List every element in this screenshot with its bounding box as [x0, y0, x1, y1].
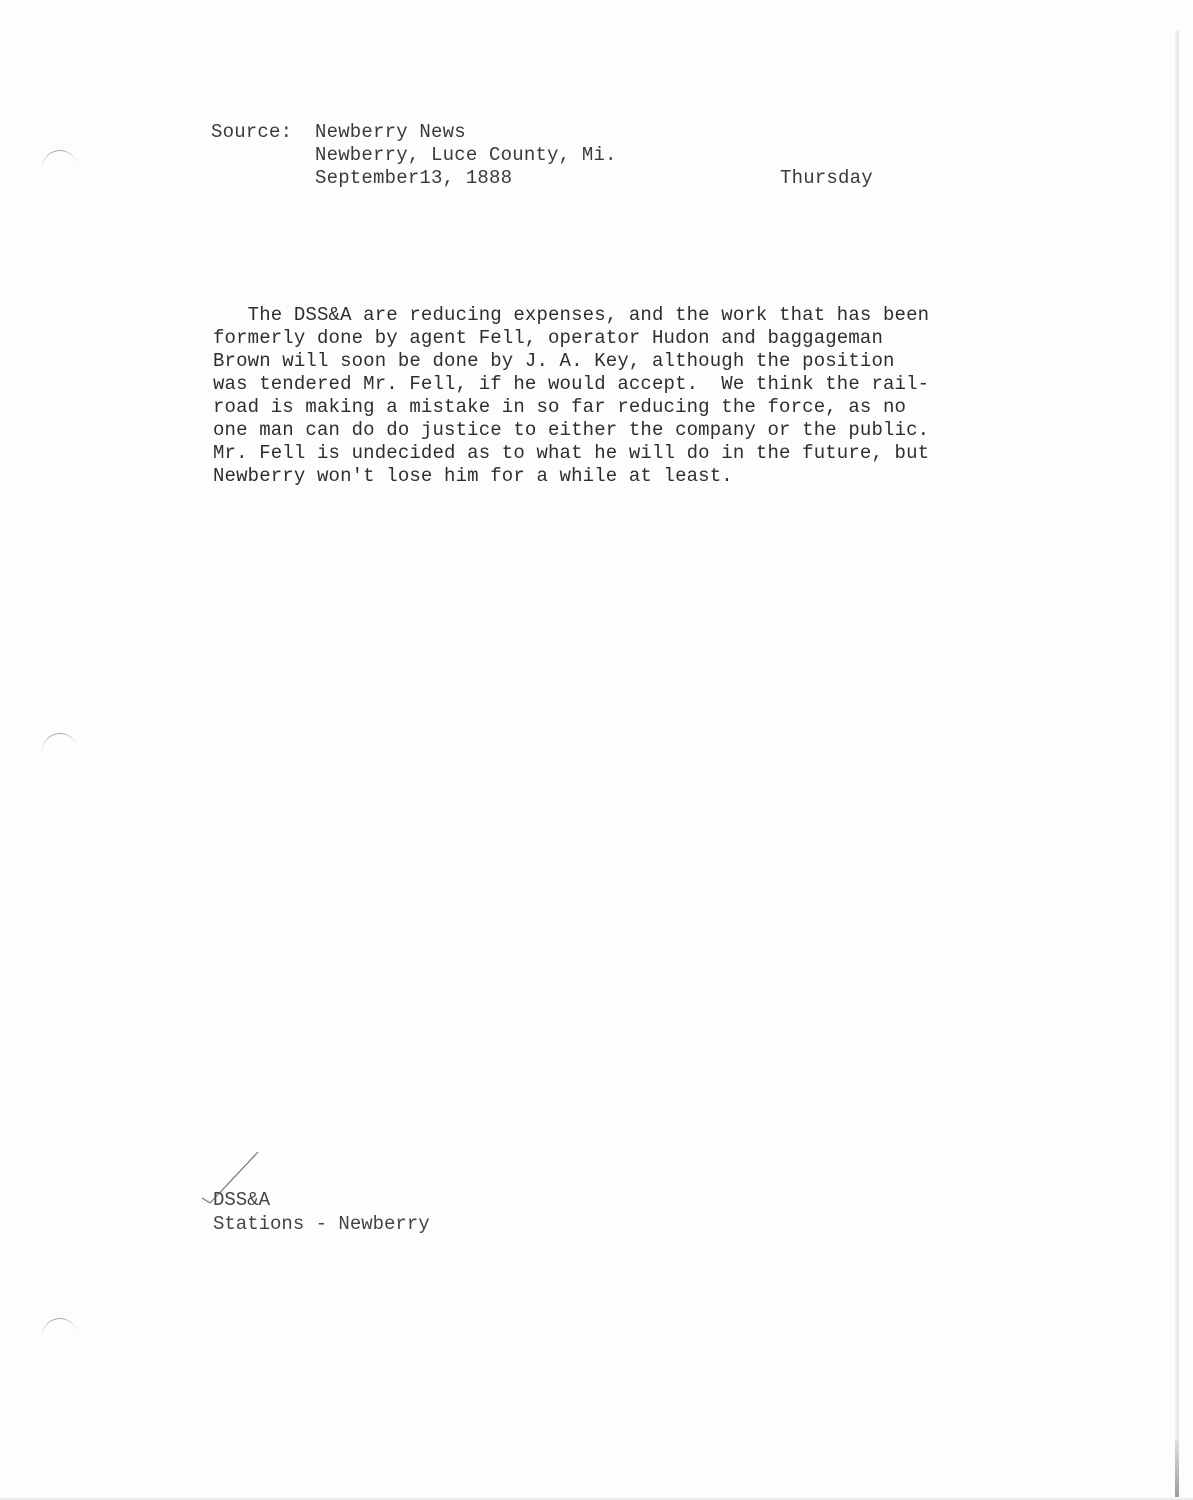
binder-hole-mark-top: [39, 147, 81, 190]
page-edge-shadow: [1175, 30, 1179, 1500]
article-line: The DSS&A are reducing expenses, and the…: [213, 304, 933, 327]
article-line: was tendered Mr. Fell, if he would accep…: [213, 373, 933, 396]
source-publication: Newberry News: [315, 121, 466, 144]
source-date: September13, 1888: [315, 167, 512, 190]
source-weekday: Thursday: [780, 167, 873, 190]
article-line: formerly done by agent Fell, operator Hu…: [213, 327, 933, 350]
filing-subcategory: Stations - Newberry: [213, 1212, 430, 1236]
filing-footer: DSS&A Stations - Newberry: [213, 1188, 430, 1236]
binder-hole-mark-bottom: [39, 1315, 81, 1358]
article-line: Newberry won't lose him for a while at l…: [213, 465, 933, 488]
article-line: road is making a mistake in so far reduc…: [213, 396, 933, 419]
source-location: Newberry, Luce County, Mi.: [315, 144, 617, 167]
source-label: Source:: [211, 121, 292, 144]
article-line: one man can do do justice to either the …: [213, 419, 933, 442]
article-line: Brown will soon be done by J. A. Key, al…: [213, 350, 933, 373]
filing-category: DSS&A: [213, 1188, 430, 1212]
article-body: The DSS&A are reducing expenses, and the…: [213, 304, 933, 488]
page-edge-shadow-dark: [1175, 1440, 1179, 1500]
binder-hole-mark-middle: [39, 730, 81, 773]
article-line: Mr. Fell is undecided as to what he will…: [213, 442, 933, 465]
document-page: Source: Newberry News Newberry, Luce Cou…: [0, 0, 1193, 1500]
